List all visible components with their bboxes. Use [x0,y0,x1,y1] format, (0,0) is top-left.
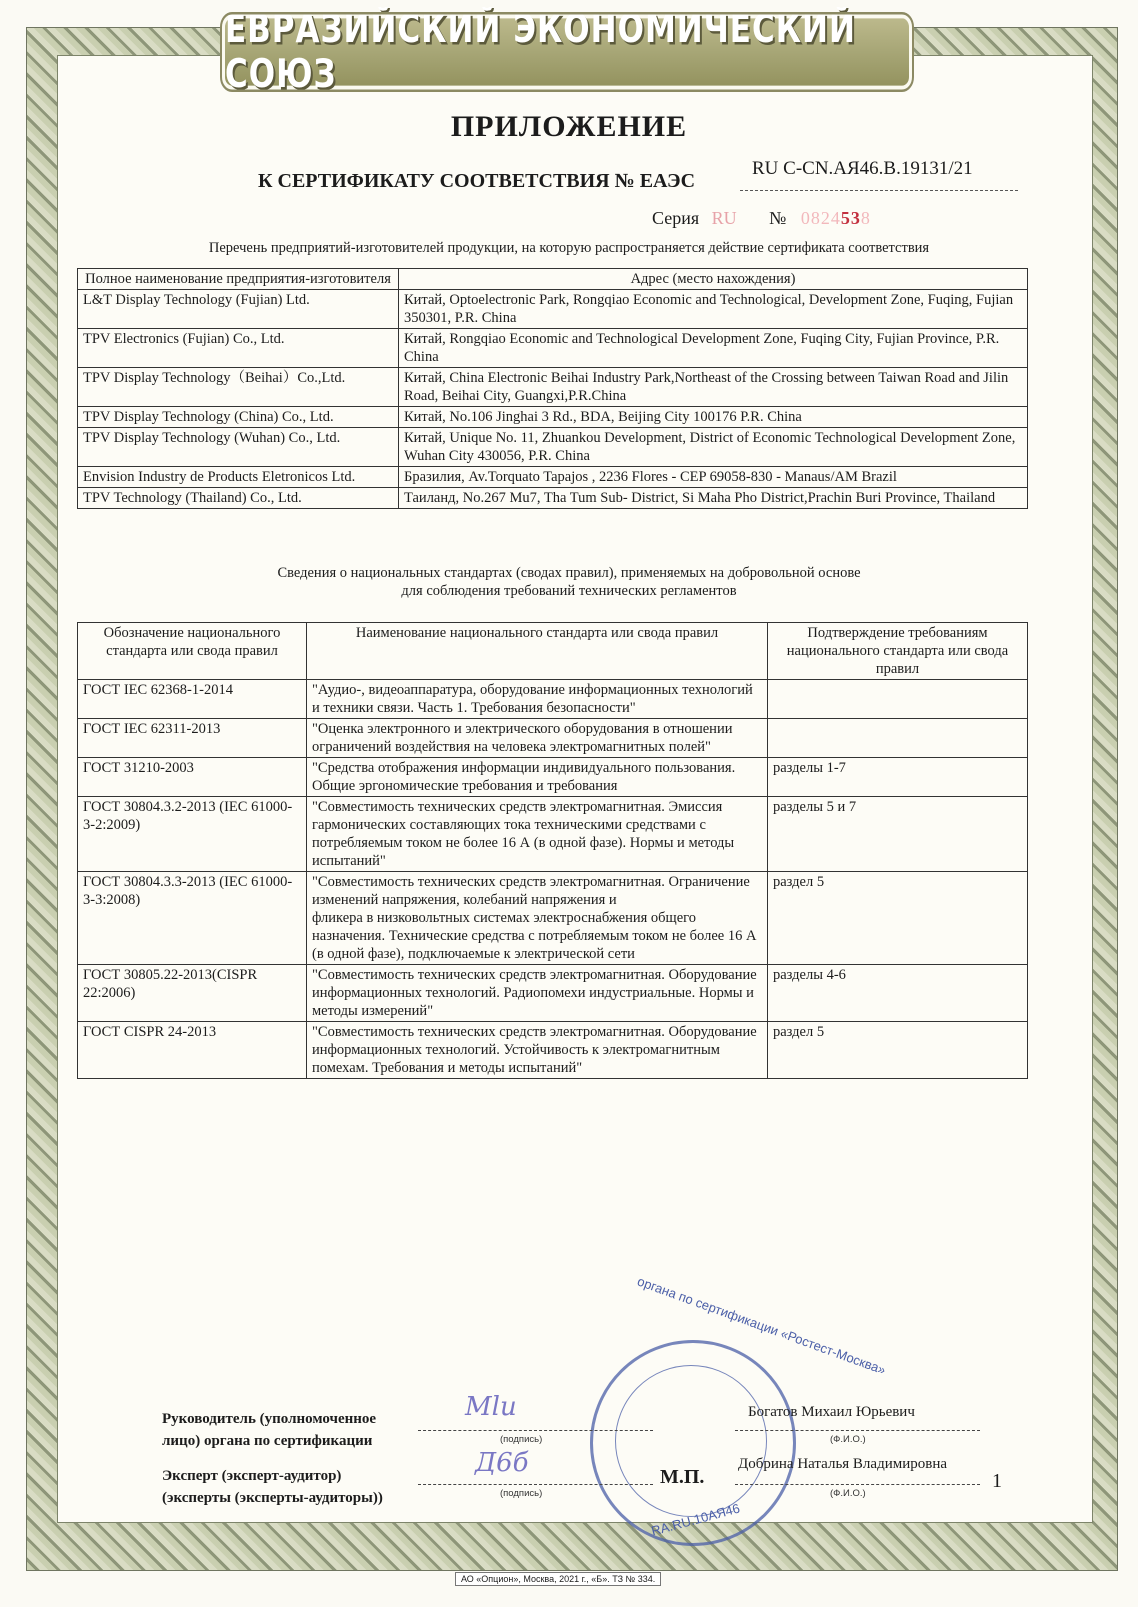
column-header-code: Обозначение национального стандарта или … [78,623,307,680]
union-banner: ЕВРАЗИЙСКИЙ ЭКОНОМИЧЕСКИЙ СОЮЗ [222,15,912,90]
manufacturer-address: Китай, Unique No. 11, Zhuankou Developme… [399,428,1028,467]
manufacturer-name: TPV Electronics (Fujian) Co., Ltd. [78,329,399,368]
manufacturer-name: Envision Industry de Products Eletronico… [78,467,399,488]
series-value: RU [712,208,737,228]
standard-code: ГОСТ IEC 62311-2013 [78,719,307,758]
manufacturer-row: TPV Display Technology (China) Co., Ltd.… [78,407,1028,428]
expert-name: Добрина Наталья Владимировна [738,1456,947,1473]
manufacturer-address: Китай, Optoelectronic Park, Rongqiao Eco… [399,290,1028,329]
certificate-number: RU C-CN.АЯ46.В.19131/21 [752,158,1028,180]
head-fio-caption: (Ф.И.О.) [830,1434,866,1445]
certificate-number-underline [740,190,1018,191]
standard-row: ГОСТ 30804.3.2-2013 (IEC 61000-3-2:2009)… [78,797,1028,872]
manufacturer-name: TPV Display Technology（Beihai）Co.,Ltd. [78,368,399,407]
head-signature-caption: (подпись) [500,1434,542,1445]
manufacturers-table: Полное наименование предприятия-изготови… [77,268,1028,509]
standard-title: "Совместимость технических средств элект… [307,872,768,965]
head-signature-line [418,1430,653,1431]
column-header-address: Адрес (место нахождения) [399,269,1028,290]
expert-label: Эксперт (эксперт-аудитор) (эксперты (экс… [162,1465,383,1509]
head-label: Руководитель (уполномоченное лицо) орган… [162,1408,376,1452]
manufacturer-row: Envision Industry de Products Eletronico… [78,467,1028,488]
standards-caption-line-1: Сведения о национальных стандартах (свод… [0,565,1138,582]
manufacturer-row: TPV Display Technology (Wuhan) Co., Ltd.… [78,428,1028,467]
standard-code: ГОСТ CISPR 24-2013 [78,1022,307,1079]
manufacturer-address: Таиланд, No.267 Mu7, Tha Tum Sub- Distri… [399,488,1028,509]
standard-row: ГОСТ 30805.22-2013(CISPR 22:2006)"Совмес… [78,965,1028,1022]
manufacturer-address: Китай, China Electronic Beihai Industry … [399,368,1028,407]
form-series: Серия RU № 0824538 [652,208,871,229]
standard-sections: разделы 5 и 7 [768,797,1028,872]
number-label: № [769,208,786,228]
standard-code: ГОСТ 30804.3.3-2013 (IEC 61000-3-3:2008) [78,872,307,965]
standards-table: Обозначение национального стандарта или … [77,622,1028,1079]
manufacturer-row: L&T Display Technology (Fujian) Ltd.Кита… [78,290,1028,329]
head-name-line [735,1430,980,1431]
form-number: 0824538 [801,208,871,228]
standard-sections: разделы 1-7 [768,758,1028,797]
standard-title: "Оценка электронного и электрического об… [307,719,768,758]
manufacturer-name: TPV Display Technology (China) Co., Ltd. [78,407,399,428]
certificate-subtitle: К СЕРТИФИКАТУ СООТВЕТСТВИЯ № ЕАЭС [258,170,695,193]
expert-signature-line [418,1484,653,1485]
expert-fio-caption: (Ф.И.О.) [830,1488,866,1499]
standard-sections [768,680,1028,719]
manufacturer-row: TPV Electronics (Fujian) Co., Ltd.Китай,… [78,329,1028,368]
standard-title: "Совместимость технических средств элект… [307,797,768,872]
standard-title: "Совместимость технических средств элект… [307,1022,768,1079]
column-header-name: Полное наименование предприятия-изготови… [78,269,399,290]
standard-row: ГОСТ IEC 62368-1-2014"Аудио-, видеоаппар… [78,680,1028,719]
manufacturer-name: L&T Display Technology (Fujian) Ltd. [78,290,399,329]
manufacturer-row: TPV Technology (Thailand) Co., Ltd.Таила… [78,488,1028,509]
expert-signature-caption: (подпись) [500,1488,542,1499]
manufacturers-caption: Перечень предприятий-изготовителей проду… [0,240,1138,257]
column-header-title: Наименование национального стандарта или… [307,623,768,680]
series-label: Серия [652,208,699,228]
standard-code: ГОСТ 30805.22-2013(CISPR 22:2006) [78,965,307,1022]
printer-note: АО «Опцион», Москва, 2021 г., «Б». ТЗ № … [455,1572,661,1586]
standards-caption-line-2: для соблюдения требований технических ре… [0,583,1138,600]
standard-row: ГОСТ IEC 62311-2013"Оценка электронного … [78,719,1028,758]
manufacturer-address: Китай, Rongqiao Economic and Technologic… [399,329,1028,368]
standard-row: ГОСТ 31210-2003"Средства отображения инф… [78,758,1028,797]
page-title: ПРИЛОЖЕНИЕ [0,110,1138,144]
column-header-sections: Подтверждение требованиям национального … [768,623,1028,680]
seal-label: М.П. [660,1466,704,1489]
head-signature: Mlu [465,1392,517,1422]
standard-sections: раздел 5 [768,872,1028,965]
manufacturer-name: TPV Technology (Thailand) Co., Ltd. [78,488,399,509]
manufacturer-address: Китай, No.106 Jinghai 3 Rd., BDA, Beijin… [399,407,1028,428]
standard-sections: разделы 4-6 [768,965,1028,1022]
standard-code: ГОСТ 30804.3.2-2013 (IEC 61000-3-2:2009) [78,797,307,872]
standard-title: "Совместимость технических средств элект… [307,965,768,1022]
standard-code: ГОСТ IEC 62368-1-2014 [78,680,307,719]
standard-row: ГОСТ 30804.3.3-2013 (IEC 61000-3-3:2008)… [78,872,1028,965]
standard-code: ГОСТ 31210-2003 [78,758,307,797]
standard-title: "Средства отображения информации индивид… [307,758,768,797]
manufacturer-address: Бразилия, Av.Torquato Tapajos , 2236 Flo… [399,467,1028,488]
standard-sections: раздел 5 [768,1022,1028,1079]
manufacturer-row: TPV Display Technology（Beihai）Co.,Ltd.Ки… [78,368,1028,407]
expert-signature: Д6б [475,1448,529,1478]
standard-sections [768,719,1028,758]
manufacturer-name: TPV Display Technology (Wuhan) Co., Ltd. [78,428,399,467]
page-number: 1 [992,1470,1002,1493]
head-name: Богатов Михаил Юрьевич [748,1404,915,1421]
expert-name-line [735,1484,980,1485]
standard-title: "Аудио-, видеоаппаратура, оборудование и… [307,680,768,719]
standard-row: ГОСТ CISPR 24-2013"Совместимость техниче… [78,1022,1028,1079]
